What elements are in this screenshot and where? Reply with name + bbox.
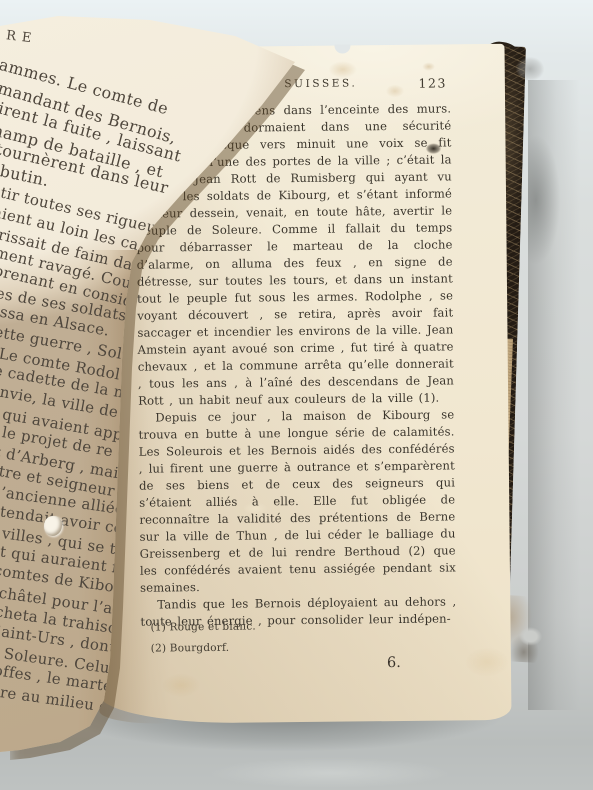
- surface-reflection: [170, 756, 490, 790]
- footnote: (2) Bourgdorf.: [151, 641, 256, 654]
- left-page-header-fragment: RE: [5, 28, 38, 47]
- signature-mark: 6.: [387, 655, 401, 671]
- footnote: (1) Rouge et blanc.: [150, 620, 255, 633]
- paragraph: Depuis ce jour , la maison de Kibourg se…: [138, 406, 456, 596]
- left-page-curl-text: lammes. Le comte denmandant des Bernois,…: [0, 52, 188, 181]
- dust-wisp: [512, 52, 552, 86]
- footnotes: (1) Rouge et blanc.(2) Bourgdorf.: [150, 620, 256, 663]
- page-number: 123: [418, 75, 447, 90]
- photo-open-book: DES SUISSES. 123 le comte et ses gens da…: [0, 0, 593, 790]
